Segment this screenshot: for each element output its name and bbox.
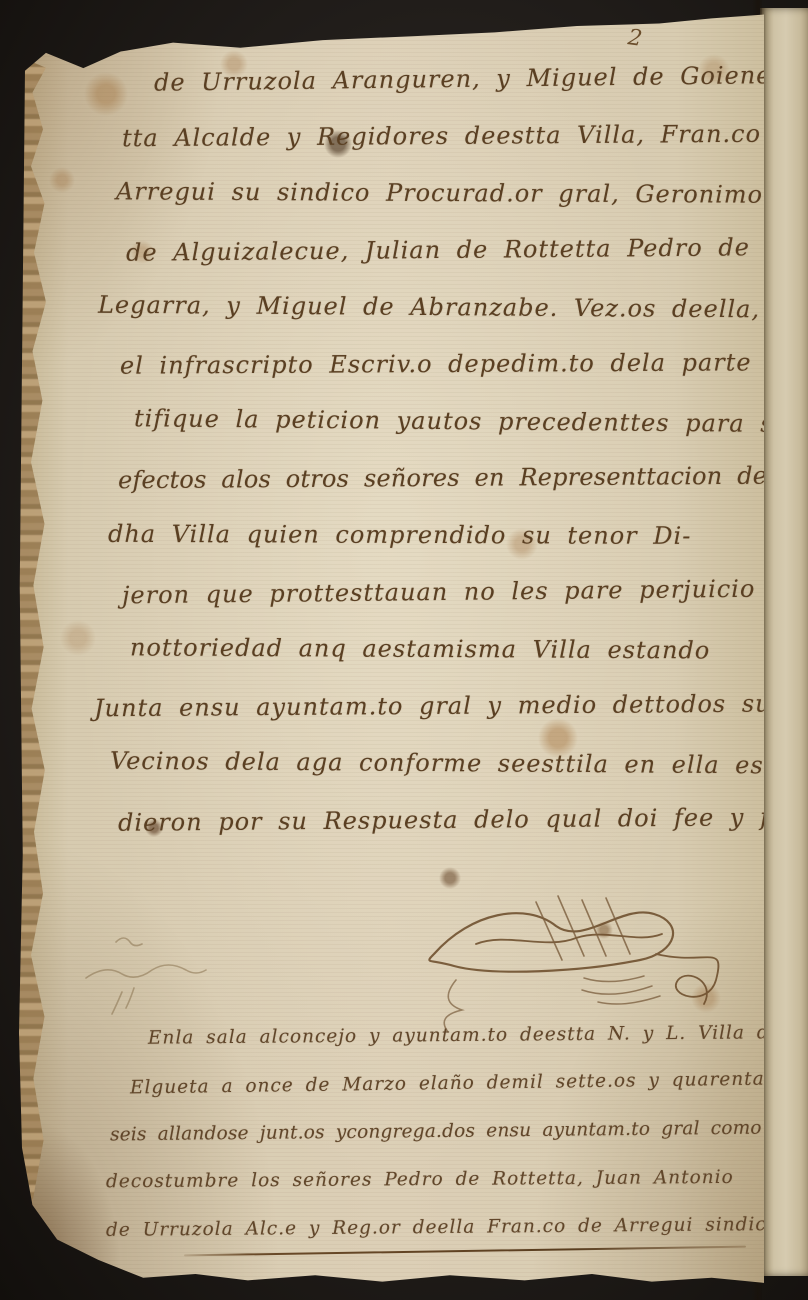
photo-background: 2 de Urruzola Aranguren, y Miguel de Goi… [0, 0, 808, 1300]
manuscript-line: jeron que prottesttauan no les pare perj… [122, 574, 756, 611]
manuscript-line: dieron por su Respuesta delo qual doi fe… [118, 802, 756, 838]
manuscript-line: decostumbre los señores Pedro de Rottett… [106, 1166, 764, 1195]
manuscript-line: Vecinos dela aga conforme seesttila en e… [110, 746, 756, 781]
manuscript-line: tifique la peticion yautos precedenttes … [134, 403, 756, 438]
manuscript-line: Junta ensu ayuntam.to gral y medio detto… [94, 689, 756, 724]
manuscript-page: 2 de Urruzola Aranguren, y Miguel de Goi… [16, 12, 764, 1288]
margin-annotation [78, 930, 268, 1020]
manuscript-line: tta Alcalde y Regidores deestta Villa, F… [122, 119, 756, 153]
manuscript-line: seis allandose junt.os ycongrega.dos ens… [110, 1117, 764, 1148]
manuscript-line: efectos alos otros señores en Representt… [118, 461, 756, 495]
manuscript-line: Elgueta a once de Marzo elaño demil sett… [130, 1068, 764, 1101]
signature-flourish [416, 884, 746, 1034]
manuscript-line: de Alguizalecue, Julian de Rottetta Pedr… [126, 232, 756, 267]
manuscript-line: nottoriedad anq aestamisma Villa estando [130, 632, 756, 665]
manuscript-line: el infrascripto Escriv.o depedim.to dela… [120, 347, 756, 380]
next-page-edge [760, 8, 808, 1276]
manuscript-line: dha Villa quien comprendido su tenor Di- [108, 519, 756, 551]
manuscript-line: de Urruzola Aranguren, y Miguel de Goien… [154, 60, 756, 97]
manuscript-line: Enla sala alconcejo y ayuntam.to deestta… [148, 1021, 764, 1050]
manuscript-line: Legarra, y Miguel de Abranzabe. Vez.os d… [98, 290, 756, 325]
manuscript-paragraph-1: de Urruzola Aranguren, y Miguel de Goien… [116, 64, 756, 862]
manuscript-paragraph-2: Enla sala alconcejo y ayuntam.to deestta… [124, 1024, 764, 1264]
manuscript-line: Arregui su sindico Procurad.or gral, Ger… [116, 176, 756, 209]
manuscript-line: de Urruzola Alc.e y Reg.or deella Fran.c… [106, 1213, 764, 1243]
